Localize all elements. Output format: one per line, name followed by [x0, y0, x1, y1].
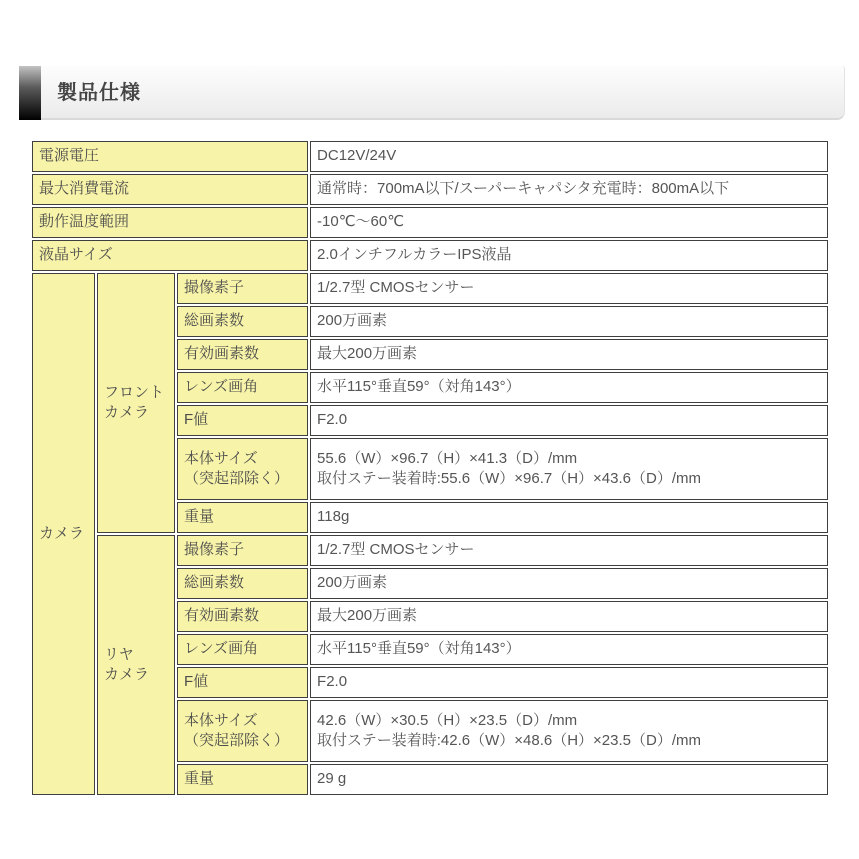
spec-value-cell: 42.6（W）×30.5（H）×23.5（D）/mm 取付ステー装着時:42.6…: [310, 700, 828, 762]
table-row: 動作温度範囲 -10℃～60℃: [32, 207, 828, 238]
spec-label-cell: レンズ画角: [177, 372, 308, 403]
spec-value-cell: 200万画素: [310, 306, 828, 337]
spec-value-cell: 1/2.7型 CMOSセンサー: [310, 273, 828, 304]
spec-value-cell: F2.0: [310, 405, 828, 436]
spec-value-cell: 55.6（W）×96.7（H）×41.3（D）/mm 取付ステー装着時:55.6…: [310, 438, 828, 500]
camera-section-cell-rear: リヤ カメラ: [97, 535, 175, 795]
spec-label-cell: 本体サイズ （突起部除く）: [177, 438, 308, 500]
camera-section-cell-front: フロント カメラ: [97, 273, 175, 533]
row-value-cell: 2.0インチフルカラーIPS液晶: [310, 240, 828, 271]
spec-label-cell: 撮像素子: [177, 273, 308, 304]
page-title: 製品仕様: [57, 66, 141, 120]
spec-value-cell: 最大200万画素: [310, 339, 828, 370]
row-label-cell: 液晶サイズ: [32, 240, 308, 271]
spec-value-cell: 水平115°垂直59°（対角143°）: [310, 372, 828, 403]
spec-value-cell: 水平115°垂直59°（対角143°）: [310, 634, 828, 665]
spec-label-cell: F値: [177, 667, 308, 698]
spec-label-cell: 有効画素数: [177, 339, 308, 370]
spec-label-cell: 重量: [177, 764, 308, 795]
spec-value-cell: 1/2.7型 CMOSセンサー: [310, 535, 828, 566]
spec-table-container: 電源電圧 DC12V/24V 最大消費電流 通常時：700mA以下/スーパーキャ…: [30, 139, 830, 797]
spec-label-cell: 総画素数: [177, 568, 308, 599]
row-label-cell: 電源電圧: [32, 141, 308, 172]
spec-label-cell: 本体サイズ （突起部除く）: [177, 700, 308, 762]
row-label-cell: 最大消費電流: [32, 174, 308, 205]
spec-label-cell: 総画素数: [177, 306, 308, 337]
spec-label-cell: 撮像素子: [177, 535, 308, 566]
spec-value-cell: 118g: [310, 502, 828, 533]
spec-label-cell: レンズ画角: [177, 634, 308, 665]
row-value-cell: -10℃～60℃: [310, 207, 828, 238]
spec-label-cell: 重量: [177, 502, 308, 533]
table-row: 液晶サイズ 2.0インチフルカラーIPS液晶: [32, 240, 828, 271]
table-row: 電源電圧 DC12V/24V: [32, 141, 828, 172]
row-value-cell: DC12V/24V: [310, 141, 828, 172]
spec-value-cell: 最大200万画素: [310, 601, 828, 632]
spec-value-cell: 200万画素: [310, 568, 828, 599]
row-label-cell: 動作温度範囲: [32, 207, 308, 238]
spec-table: 電源電圧 DC12V/24V 最大消費電流 通常時：700mA以下/スーパーキャ…: [30, 139, 830, 797]
table-row: 最大消費電流 通常時：700mA以下/スーパーキャパシタ充電時：800mA以下: [32, 174, 828, 205]
spec-label-cell: 有効画素数: [177, 601, 308, 632]
camera-group-cell: カメラ: [32, 273, 95, 795]
header-accent-bar-icon: [19, 66, 41, 120]
table-row: リヤ カメラ 撮像素子 1/2.7型 CMOSセンサー: [32, 535, 828, 566]
spec-value-cell: F2.0: [310, 667, 828, 698]
spec-label-cell: F値: [177, 405, 308, 436]
section-header: 製品仕様: [19, 66, 845, 120]
spec-value-cell: 29 g: [310, 764, 828, 795]
row-value-cell: 通常時：700mA以下/スーパーキャパシタ充電時：800mA以下: [310, 174, 828, 205]
table-row: カメラ フロント カメラ 撮像素子 1/2.7型 CMOSセンサー: [32, 273, 828, 304]
